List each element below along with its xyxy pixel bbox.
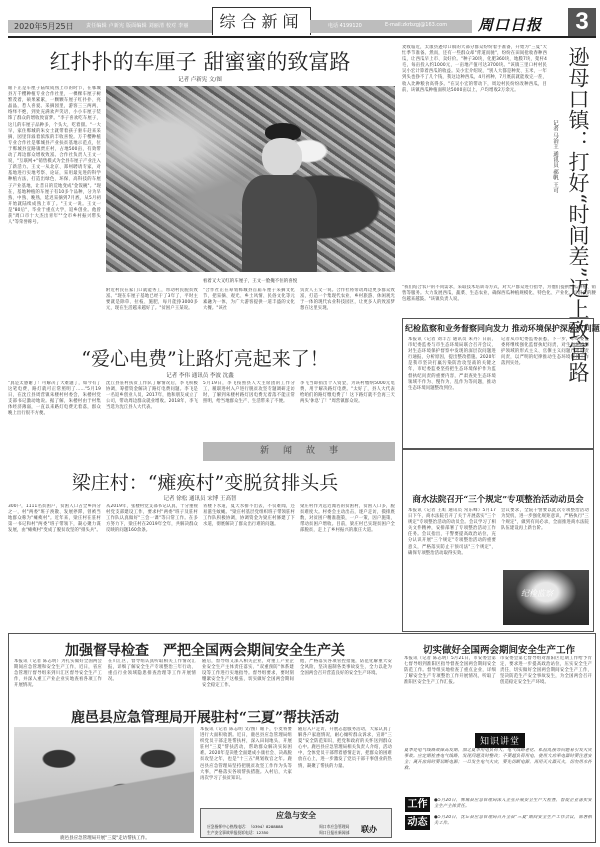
luyi-meeting-photo xyxy=(14,727,194,833)
cherry-photo-caption: 看着又大又红的车厘子，王文一脸掩不住的喜悦 xyxy=(150,278,350,284)
cherry-col1: 眼下正是车厘子陆续成熟上市的时节，在郸城县万千樱种植专业合作社里，一棵棵车厘子树… xyxy=(8,86,101,304)
person-face-shape xyxy=(262,138,302,176)
inspection-col3: 随后，督导组又深入相关企业，对重工产业企业安全生产主体责任落实、"双重预防"体系… xyxy=(202,659,294,701)
court-box: 商水法院召开“三个规定”专项整治活动动员会 本报讯（记者 王虹 通讯员 常东峰）… xyxy=(402,449,594,632)
discipline-col1: 本报讯（记者 刘丰吉 通讯员 朱丹）日前，市纪委监委与市生态环境局联合召开会议，… xyxy=(408,337,496,447)
contact-email: E-mail:zkrbzgj@163.com xyxy=(385,22,447,28)
luyi-col1: 本报讯（记者 陈志明 文/图）眼下，小麦将要进行大面积收割。近日，鹿邑县应急管理… xyxy=(200,727,292,807)
work-news-item-2: ●5月20日，沈丘县应急管理局召开全县"三夏"期间安全生产工作会议，部署相关工作… xyxy=(434,815,592,829)
cherry-byline: 记者 卢新宪 文/图 xyxy=(150,75,250,83)
liangzhuang-col3: 宵楼下水道，夏天水排不出去，不仅难闻，还易滋生蚊蝇。"梁庄村基层党组织班子带领驻… xyxy=(203,504,295,624)
court-headline: 商水法院召开“三个规定”专项整治活动动员会 xyxy=(405,493,591,505)
luyi-col2: 随后入户走访，开展志愿服务活动，大家认真了解各户家庭情况，耐心倾听群众诉求，宣讲… xyxy=(298,727,392,807)
section-title-box: 综合新闻 xyxy=(212,7,311,35)
knowledge-title: 知识讲堂 xyxy=(475,733,525,748)
person-shirt-shape xyxy=(242,175,317,272)
discipline-box: 纪检监察和业务督察同向发力 推动环境保护深层次问题整改 本报讯（记者 刘丰吉 通… xyxy=(402,318,594,449)
work-badge-top: 工作 xyxy=(405,797,430,812)
light-col2: 沈丘县驻村扶贫工作队了解情况后，李飞积极协调，筹措资金解决了路灯电费问题。李飞是… xyxy=(106,381,198,443)
inspection-headline: 加强督导检查 严把全国两会期间安全生产关 xyxy=(20,640,390,660)
contact-phone: 电话 4199120 xyxy=(328,22,362,29)
inspection-col1: 本报讯（记者 陈志明）为扎实做好全国两会期间应急管理和安全生产工作，近日，省应急… xyxy=(14,659,102,701)
light-byline: 记者 李伟 通讯员 李波 沈鑫 xyxy=(150,371,250,379)
liangzhuang-byline: 记者 徐松 通讯员 宋博 王高智 xyxy=(150,494,250,502)
work-news-item-1: ●5月20日，郸城县应急管理局深入企业开展安全生产大检查，督促企业落实安全生产主… xyxy=(434,798,592,812)
light-col3: 5月19日，李飞按照县人大主席团的工作分工，履职进村入户进行脱贫攻坚专题调研走访… xyxy=(203,381,295,426)
two-sessions-headline: 切实做好全国两会期间安全生产工作 xyxy=(406,642,592,656)
safety-org-2: 周口日报社新闻部 xyxy=(319,830,349,836)
newspaper-logo: 周口日报 xyxy=(478,14,542,35)
issue-date: 2020年5月25日 xyxy=(14,21,74,32)
emergency-safety-box: 应急与安全 应急指挥中心热线电话：（0394）8288888 生产安全事故举报投… xyxy=(200,808,392,838)
court-col2: 会议要求，全院干警要以此次专项整治活动为契机，进一步强化规矩意识，严格执行"三个… xyxy=(501,508,589,566)
liangzhuang-col2: 从2019年，张楼村党支部书记认真，十分重视村党支部建设工作，要求村"两委"班子… xyxy=(106,504,198,624)
light-col4: 李飞当即捐出个人资金，为该村缴纳5000元电费，用于解决路灯电费。"太好了，县人… xyxy=(300,381,395,426)
inspection-col2: 在川汇区，督导组认真听取相关工作情况汇报，详细了解安全生产专项整治三年行动、重点… xyxy=(108,659,196,701)
knowledge-text: 夏季是电气线路故障高发期，加之夏季用电负荷大，电气线路老化、私拉乱接等问题易引发… xyxy=(404,748,592,790)
page-number: 3 xyxy=(568,8,596,36)
luyi-headline: 鹿邑县应急管理局开展驻村“三夏”帮扶活动 xyxy=(30,707,380,727)
discipline-stage-photo: 纪检监察 xyxy=(503,570,589,625)
editor-credits: 责任编辑 卢新宪 版面编辑 刘丽清 校对 李丽 xyxy=(86,22,189,29)
xunmukou-body: 麦收临近，太康县逊母口镇的大部分群众纷纷着手准备，开始为"三夏"大忙季节准备。然… xyxy=(402,45,547,285)
two-sessions-col2: 市安委会第七督导组对淮阳区近期工作给予肯定，要求进一步提高政治站位，压实安全生产… xyxy=(500,656,592,720)
discipline-col2: 记者从市纪委监委获悉，下一步，市纪委监委将继续强化监督执纪问责，对生态环境保护领… xyxy=(501,337,589,447)
light-headline: “爱心电费”让路灯亮起来了！ xyxy=(60,344,350,371)
masthead-rule xyxy=(8,36,596,38)
section-title: 综合新闻 xyxy=(213,8,310,35)
cherry-col4: 负责人王文一说。合作社将带动周边更多群众致富，打造一个集现代农业、乡村旅游、休闲… xyxy=(300,288,395,318)
inspection-col4: 他，严格落实各项管控措施，防范化解重大安全风险，坚决遏制各类事故发生，全力以赴为… xyxy=(300,659,392,701)
discipline-headline: 纪检监察和业务督察同向发力 推动环境保护深层次问题整改 xyxy=(405,323,591,334)
light-col1: "真是太感谢了！可解决了大难题了，如今有了这笔电费，路灯就可正常照明了……"5月… xyxy=(8,381,101,443)
safety-sponsor: 联办 xyxy=(361,824,377,835)
xunmukou-tail: "我们结合农户的不同需求，采取技术培训等方式，对大户群众进行指导，为他们提供西瓜… xyxy=(402,285,596,313)
liangzhuang-col4: 梁庄村作为远近闻名的贫困村，贫困人口多，脱贫难度大。村委会主动出击，逐户走访，摸… xyxy=(300,504,395,624)
two-sessions-col1: 本报讯（记者 陈志明）5月21日，市安委会第七督导组到淮阳区指导督查全国两会期间… xyxy=(404,656,496,720)
liangzhuang-headline: 梁庄村：“瘫痪村”变脱贫排头兵 xyxy=(40,468,370,495)
safety-report-line: 生产安全事故举报投诉电话：12350 xyxy=(207,830,268,836)
court-col1: 本报讯（记者 王虹 通讯员 常东峰）5月17日下午，商水法院召开了关于开展落实"… xyxy=(408,508,496,628)
stage-banner-text: 纪检监察 xyxy=(521,588,553,599)
safety-box-title: 应急与安全 xyxy=(201,810,391,821)
cherry-headline: 红扑扑的车厘子 甜蜜蜜的致富路 xyxy=(40,46,360,76)
cherry-col3: "合作社正在筹划郸城县首届车厘子采摘文化节，把采摘、观光、乡土风情、民俗文化等元… xyxy=(203,288,295,318)
news-story-banner: 新闻故事 xyxy=(203,442,395,461)
liangzhuang-col1: 300户，1111名贫困户，贫困人口占全乡四分之一，村"两委"班子涣散、发展停滞… xyxy=(8,504,101,624)
luyi-photo-caption: 鹿邑县应急管理局开展"三夏"走访帮扶工作。 xyxy=(20,835,190,841)
cherry-orchard-photo xyxy=(106,86,395,272)
cherry-col2: 附近村民在家门口就能务工，带动村民脱贫致富。"现在车厘子基地已经干了3年了，平时… xyxy=(106,288,198,318)
work-badge-bottom: 动态 xyxy=(405,815,430,830)
xunmukou-byline: 记者 马治王 通讯员 郝帆 王可 xyxy=(551,120,559,193)
